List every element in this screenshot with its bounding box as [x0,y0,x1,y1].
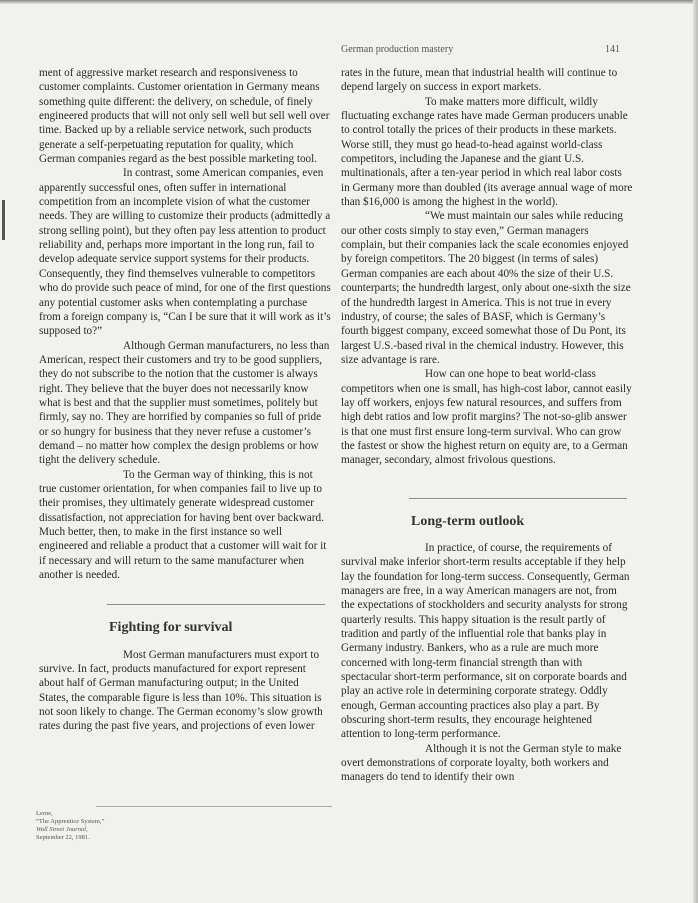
paragraph: How can one hope to beat world-class com… [341,367,633,467]
footnote-publication: Wall Street Journal, [36,826,104,834]
running-head: German production mastery [341,44,453,55]
paragraph: In practice, of course, the requirements… [341,541,633,742]
paragraph: “We must maintain our sales while reduci… [341,209,633,367]
paragraph: Although German manufacturers, no less t… [39,339,331,468]
scan-binding-mark [2,200,5,240]
paragraph: In contrast, some American companies, ev… [39,166,331,338]
footnote-divider [96,806,332,807]
footnote: Lerne, “The Apprentice System,” Wall Str… [36,810,104,842]
paragraph: Although it is not the German style to m… [341,742,633,785]
left-column: ment of aggressive market research and r… [39,66,331,734]
right-column: rates in the future, mean that industria… [341,66,633,785]
scan-right-edge [693,0,698,903]
footnote-date: September 22, 1981. [36,834,104,842]
page-number: 141 [605,44,620,55]
paragraph: ment of aggressive market research and r… [39,66,331,166]
footnote-title: “The Apprentice System,” [36,818,104,826]
paragraph: Most German manufacturers must export to… [39,648,331,734]
paragraph: To make matters more difficult, wildly f… [341,95,633,210]
footnote-author: Lerne, [36,810,104,818]
scan-top-edge [0,0,698,4]
section-heading-long-term-outlook: Long-term outlook [411,515,633,529]
paragraph: rates in the future, mean that industria… [341,66,633,95]
paragraph: To the German way of thinking, this is n… [39,468,331,583]
section-heading-fighting-for-survival: Fighting for survival [109,621,331,635]
